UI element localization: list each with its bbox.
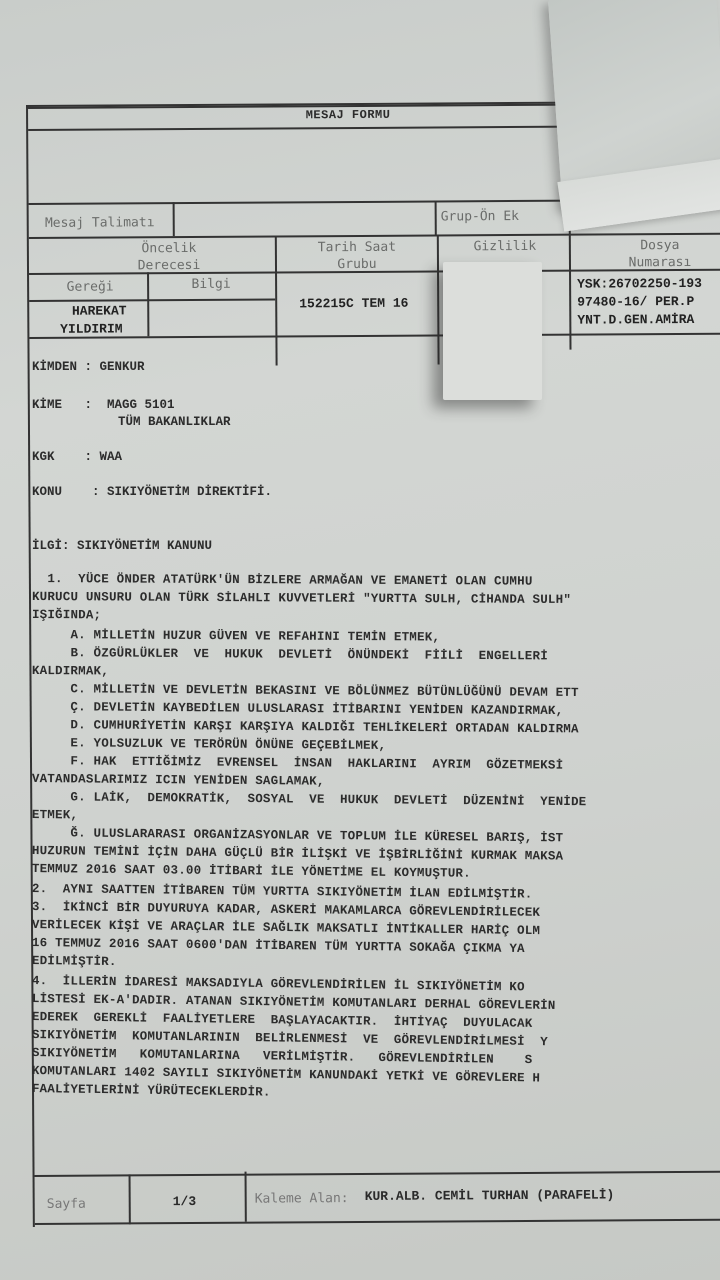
file-number-value-2: 97480-16/ PER.P (577, 293, 720, 312)
body-line: KALDIRMAK, (32, 664, 109, 679)
reference-value: SIKIYÖNETİM KANUNU (77, 539, 212, 553)
body-line: KURUCU UNSURU OLAN TÜRK SİLAHLI KUVVETLE… (32, 590, 571, 607)
author-label: Kaleme Alan: (255, 1191, 349, 1207)
body-line: VATANDASLARIMIZ ICIN YENİDEN SAGLAMAK, (32, 772, 325, 789)
from-value: GENKUR (100, 360, 145, 374)
body-line: ETMEK, (32, 808, 78, 822)
author-value: KUR.ALB. CEMİL TURHAN (PARAFELİ) (365, 1187, 615, 1204)
body-line: A. MİLLETİN HUZUR GÜVEN VE REFAHINI TEMİ… (32, 628, 440, 645)
reference-label: İLGİ: (32, 539, 70, 553)
action-label: Gereği (35, 278, 145, 296)
kgk-row: KGK : WAA (32, 450, 122, 464)
message-instruction-label: Mesaj Talimatı (35, 214, 165, 232)
date-time-group-label: Tarih Saat Grubu (279, 239, 435, 274)
from-label: KİMDEN (32, 360, 77, 374)
to-label: KİME (32, 398, 62, 412)
classification-label: Gizlilik (441, 238, 569, 256)
file-number-label: Dosya Numarası (575, 237, 720, 272)
file-number-value-3: YNT.D.GEN.AMİRA (577, 311, 720, 330)
action-priority-value-1: HAREKAT (49, 302, 149, 321)
page-label: Sayfa (47, 1197, 86, 1212)
to-value-1: MAGG 5101 (107, 398, 175, 412)
to-row: KİME : MAGG 5101 (32, 398, 175, 412)
from-row: KİMDEN : GENKUR (32, 360, 145, 374)
document-photo: MESAJ FORMU Mesaj Talimatı Grup-Ön Ek Ön… (0, 0, 720, 1280)
body-line: IŞIĞINDA; (32, 608, 101, 622)
subject-row: KONU : SIKIYÖNETİM DİREKTİFİ. (32, 485, 272, 499)
subject-value: SIKIYÖNETİM DİREKTİFİ. (107, 485, 272, 499)
body-line: EDİLMİŞTİR. (32, 954, 117, 969)
priority-label: Öncelik Derecesi (69, 240, 269, 275)
reference-row: İLGİ: SIKIYÖNETİM KANUNU (32, 539, 212, 553)
subject-label: KONU (32, 485, 62, 499)
group-prefix-label: Grup-Ön Ek (441, 208, 551, 226)
file-number-value-1: YSK:26702250-193 (577, 275, 720, 294)
message-body: KİMDEN : GENKUR KİME : MAGG 5101 TÜM BAK… (32, 360, 720, 514)
to-value-2: TÜM BAKANLIKLAR (118, 415, 231, 429)
kgk-label: KGK (32, 450, 55, 464)
page-value: 1/3 (173, 1194, 196, 1209)
body-line: 1. YÜCE ÖNDER ATATÜRK'ÜN BİZLERE ARMAĞAN… (32, 572, 533, 589)
kgk-value: WAA (100, 450, 123, 464)
info-label: Bilgi (149, 275, 273, 293)
sticky-note-classification-cover (443, 262, 542, 400)
body-line: E. YOLSUZLUK VE TERÖRÜN ÖNÜNE GEÇEBİLMEK… (32, 736, 386, 753)
date-time-group-value: 152215C TEM 16 (299, 294, 439, 313)
